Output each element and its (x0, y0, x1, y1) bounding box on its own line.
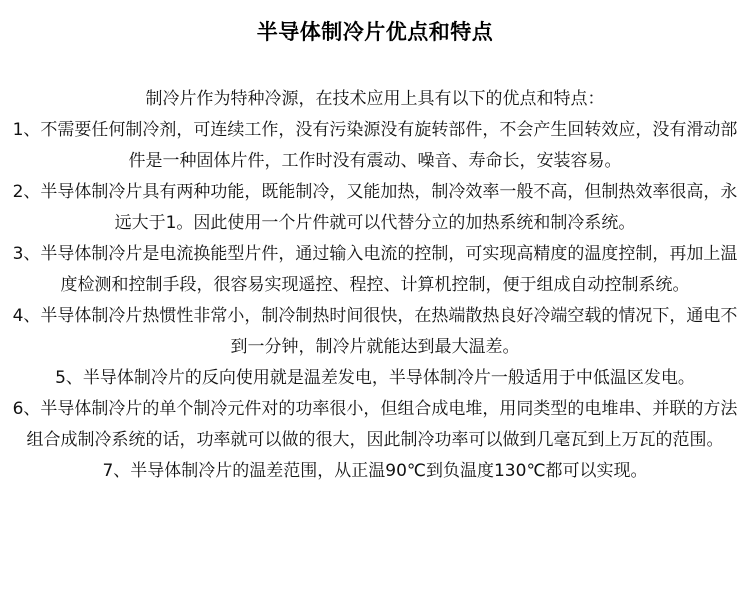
intro-paragraph: 制冷片作为特种冷源，在技术应用上具有以下的优点和特点： (6, 84, 744, 115)
feature-item-2: 2、半导体制冷片具有两种功能，既能制冷，又能加热，制冷效率一般不高，但制热效率很… (6, 177, 744, 239)
document-body: 制冷片作为特种冷源，在技术应用上具有以下的优点和特点： 1、不需要任何制冷剂，可… (6, 84, 744, 487)
feature-item-3: 3、半导体制冷片是电流换能型片件，通过输入电流的控制，可实现高精度的温度控制，再… (6, 239, 744, 301)
feature-item-7: 7、半导体制冷片的温差范围，从正温90℃到负温度130℃都可以实现。 (6, 456, 744, 487)
feature-item-5: 5、半导体制冷片的反向使用就是温差发电，半导体制冷片一般适用于中低温区发电。 (6, 363, 744, 394)
feature-item-1: 1、不需要任何制冷剂，可连续工作，没有污染源没有旋转部件，不会产生回转效应，没有… (6, 115, 744, 177)
page-title: 半导体制冷片优点和特点 (0, 14, 750, 50)
feature-item-4: 4、半导体制冷片热惯性非常小，制冷制热时间很快，在热端散热良好冷端空载的情况下，… (6, 301, 744, 363)
feature-item-6: 6、半导体制冷片的单个制冷元件对的功率很小，但组合成电堆，用同类型的电堆串、并联… (6, 394, 744, 456)
